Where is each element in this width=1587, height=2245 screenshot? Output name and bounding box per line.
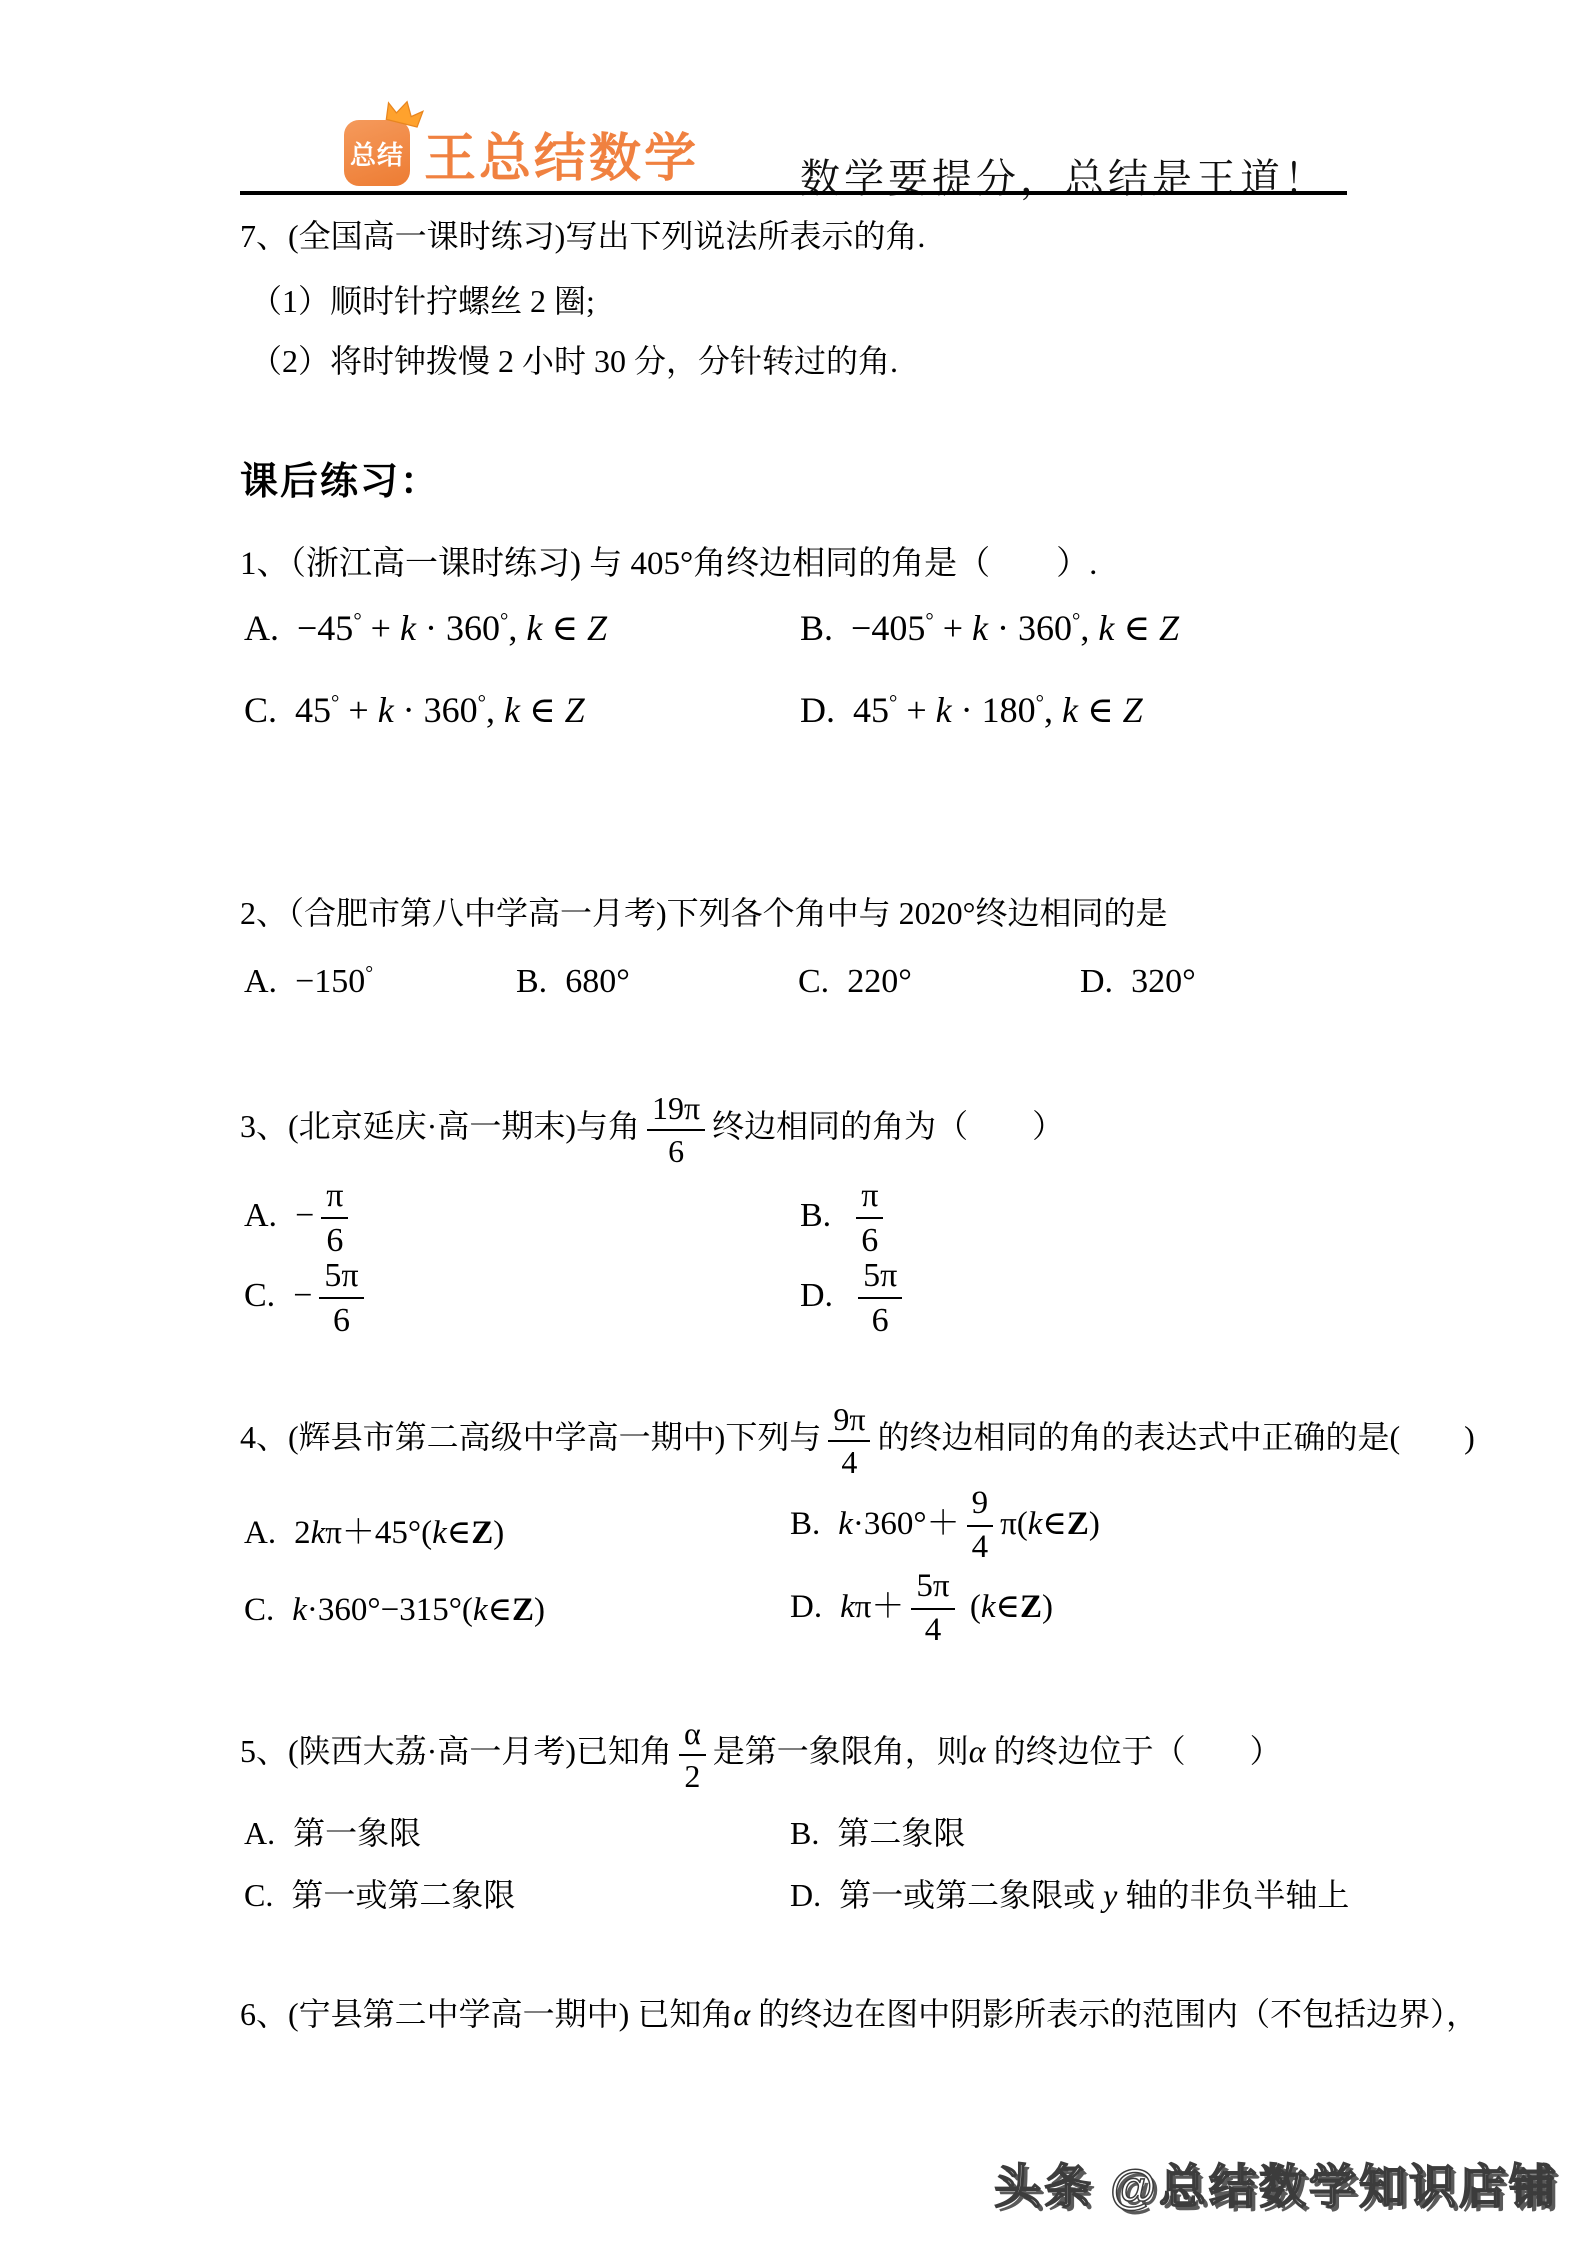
option-label: A. — [244, 608, 279, 648]
brand-slogan: 数学要提分，总结是王道！ — [800, 147, 1328, 204]
option-label: D. — [800, 1277, 833, 1314]
question-7-part-2: （2）将时钟拨慢 2 小时 30 分，分针转过的角. — [250, 341, 898, 383]
option-body: 第一或第二象限 — [291, 1877, 515, 1913]
option-body: −π6 — [295, 1197, 355, 1234]
option-body: −5π6 — [293, 1277, 370, 1314]
question-1-option-a: A.−45° + k · 360°, k ∈ Z — [244, 607, 607, 649]
question-2-title: 2、（合肥市第八中学高一月考)下列各个角中与 2020°终边相同的是 — [240, 893, 1167, 935]
option-label: A. — [244, 1515, 276, 1551]
question-3-title: 3、(北京延庆·高一期末)与角19π6终边相同的角为（ ） — [240, 1090, 1064, 1170]
question-6-title: 6、(宁县第二中学高一期中) 已知角α 的终边在图中阴影所表示的范围内（不包括边… — [240, 1994, 1478, 2036]
question-5-option-d: D.第一或第二象限或 y 轴的非负半轴上 — [790, 1870, 1349, 1916]
logo-badge: 总结 — [344, 120, 410, 186]
option-label: B. — [800, 1197, 831, 1234]
option-body: 680° — [565, 963, 630, 1000]
option-body: 320° — [1131, 963, 1196, 1000]
option-label: D. — [1080, 963, 1113, 1000]
question-3-option-d: D.5π6 — [800, 1256, 909, 1340]
option-body: 5π6 — [851, 1277, 909, 1314]
question-5-option-b: B.第二象限 — [790, 1808, 965, 1854]
option-label: C. — [244, 1277, 275, 1314]
question-4-title: 4、(辉县市第二高级中学高一期中)下列与9π4的终边相同的角的表达式中正确的是(… — [240, 1401, 1475, 1481]
question-4-option-b: B.k·360°＋94π(k∈Z) — [790, 1485, 1100, 1567]
option-body: 220° — [847, 963, 912, 1000]
option-label: C. — [798, 963, 829, 1000]
question-4-option-c: C.k·360°−315°(k∈Z) — [244, 1589, 545, 1629]
question-4-option-d: D.kπ＋5π4 (k∈Z) — [790, 1568, 1053, 1650]
footer-watermark: 头条 @总结数学知识店铺 — [994, 2150, 1559, 2217]
question-1-option-b: B.−405° + k · 360°, k ∈ Z — [800, 607, 1179, 649]
question-1-option-d: D.45° + k · 180°, k ∈ Z — [800, 689, 1143, 731]
option-body: −45° + k · 360°, k ∈ Z — [297, 608, 607, 648]
question-7-title: 7、(全国高一课时练习)写出下列说法所表示的角. — [240, 216, 925, 258]
question-5-title: 5、(陕西大荔·高一月考)已知角α2是第一象限角，则α 的终边位于（ ） — [240, 1715, 1282, 1795]
option-label: A. — [244, 1197, 277, 1234]
question-7-part-1: （1）顺时针拧螺丝 2 圈; — [250, 281, 595, 323]
question-3-option-a: A.−π6 — [244, 1176, 355, 1260]
option-body: −405° + k · 360°, k ∈ Z — [851, 608, 1179, 648]
option-body: k·360°−315°(k∈Z) — [292, 1592, 545, 1628]
question-2-option-a: A.−150° — [244, 963, 373, 1001]
worksheet-page: 总结 王总结数学 数学要提分，总结是王道！ 7、(全国高一课时练习)写出下列说法… — [0, 0, 1587, 2245]
header-divider — [240, 191, 1347, 195]
option-body: 45° + k · 180°, k ∈ Z — [853, 690, 1143, 730]
question-3-option-c: C.−5π6 — [244, 1256, 371, 1340]
option-label: D. — [800, 690, 835, 730]
option-label: C. — [244, 690, 277, 730]
option-label: C. — [244, 1877, 273, 1913]
option-body: 第一或第二象限或 y 轴的非负半轴上 — [839, 1877, 1349, 1913]
question-1-title: 1、（浙江高一课时练习) 与 405°角终边相同的角是（ ）. — [240, 543, 1097, 586]
option-label: A. — [244, 963, 277, 1000]
question-1-option-c: C.45° + k · 360°, k ∈ Z — [244, 689, 585, 731]
option-body: −150° — [295, 963, 373, 1000]
question-4-option-a: A.2kπ＋45°(k∈Z) — [244, 1506, 504, 1553]
option-body: 第一象限 — [293, 1815, 421, 1851]
option-label: B. — [790, 1815, 819, 1851]
question-5-option-a: A.第一象限 — [244, 1808, 421, 1854]
question-3-option-b: B.π6 — [800, 1176, 890, 1260]
section-title: 课后练习： — [240, 450, 440, 505]
option-body: kπ＋5π4 (k∈Z) — [840, 1589, 1053, 1625]
option-label: D. — [790, 1589, 822, 1625]
logo-badge-text: 总结 — [350, 135, 404, 172]
option-label: A. — [244, 1815, 275, 1851]
option-body: k·360°＋94π(k∈Z) — [838, 1506, 1100, 1542]
option-body: π6 — [849, 1197, 890, 1234]
option-body: 45° + k · 360°, k ∈ Z — [295, 690, 585, 730]
option-label: C. — [244, 1592, 274, 1628]
option-body: 2kπ＋45°(k∈Z) — [294, 1515, 504, 1551]
question-2-option-c: C.220° — [798, 963, 912, 1001]
question-2-option-d: D.320° — [1080, 963, 1196, 1001]
option-label: D. — [790, 1877, 821, 1913]
brand-name: 王总结数学 — [424, 116, 699, 191]
option-label: B. — [800, 608, 833, 648]
question-2-option-b: B.680° — [516, 963, 630, 1001]
option-body: 第二象限 — [837, 1815, 965, 1851]
question-5-option-c: C.第一或第二象限 — [244, 1870, 515, 1916]
option-label: B. — [516, 963, 547, 1000]
option-label: B. — [790, 1506, 820, 1542]
